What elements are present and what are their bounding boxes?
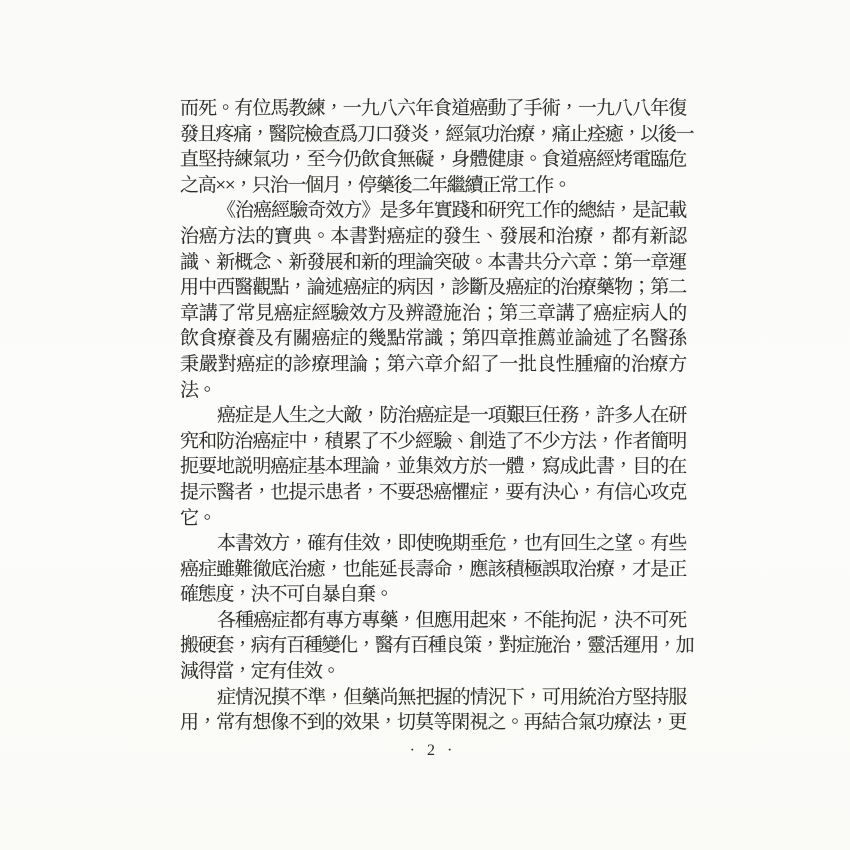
paragraph: 各種癌症都有專方專藥，但應用起來，不能拘泥，決不可死搬硬套，病有百種變化，醫有百…: [180, 608, 686, 685]
text-line: 搬硬套，病有百種變化，醫有百種良策，對症施治，靈活運用，加: [180, 633, 686, 659]
text-line: 扼要地説明癌症基本理論，並集效方於一體，寫成此書，目的在: [180, 454, 686, 480]
page-number: · 2 ·: [180, 742, 686, 760]
page-text: 而死。有位馬教練，一九八六年食道癌動了手術，一九八八年復發且疼痛，醫院檢查爲刀口…: [180, 96, 686, 736]
paragraph: 症情況摸不準，但藥尚無把握的情況下，可用統治方堅持服用，常有想像不到的效果，切莫…: [180, 685, 686, 736]
text-line: 發且疼痛，醫院檢查爲刀口發炎，經氣功治療，痛止痊癒，以後一: [180, 122, 686, 148]
text-line: 秉嚴對癌症的診療理論；第六章介紹了一批良性腫瘤的治療方: [180, 352, 686, 378]
text-line: 《治癌經驗奇效方》是多年實踐和研究工作的總結，是記載: [180, 198, 686, 224]
text-line: 它。: [180, 506, 686, 532]
text-line: 法。: [180, 378, 686, 404]
text-line: 識、新概念、新發展和新的理論突破。本書共分六章：第一章運: [180, 250, 686, 276]
paragraph: 《治癌經驗奇效方》是多年實踐和研究工作的總結，是記載治癌方法的寶典。本書對癌症的…: [180, 198, 686, 403]
text-line: 究和防治癌症中，積累了不少經驗、創造了不少方法，作者簡明: [180, 429, 686, 455]
text-line: 癌症雖難徹底治癒，也能延長壽命，應該積極誤取治療，才是正: [180, 557, 686, 583]
text-line: 各種癌症都有專方專藥，但應用起來，不能拘泥，決不可死: [180, 608, 686, 634]
text-line: 症情況摸不準，但藥尚無把握的情況下，可用統治方堅持服: [180, 685, 686, 711]
text-line: 確態度，決不可自暴自棄。: [180, 582, 686, 608]
text-line: 減得當，定有佳效。: [180, 659, 686, 685]
text-line: 癌症是人生之大敵，防治癌症是一項艱巨任務，許多人在研: [180, 403, 686, 429]
paragraph: 本書效方，確有佳效，即使晚期垂危，也有回生之望。有些癌症雖難徹底治癒，也能延長壽…: [180, 531, 686, 608]
text-line: 直堅持練氣功，至今仍飲食無礙，身體健康。食道癌經烤電臨危: [180, 147, 686, 173]
text-line: 用，常有想像不到的效果，切莫等閑視之。再結合氣功療法，更: [180, 710, 686, 736]
text-line: 治癌方法的寶典。本書對癌症的發生、發展和治療，都有新認: [180, 224, 686, 250]
paragraph: 而死。有位馬教練，一九八六年食道癌動了手術，一九八八年復發且疼痛，醫院檢查爲刀口…: [180, 96, 686, 198]
text-line: 之高××，只治一個月，停藥後二年繼續正常工作。: [180, 173, 686, 199]
scanned-page: 而死。有位馬教練，一九八六年食道癌動了手術，一九八八年復發且疼痛，醫院檢查爲刀口…: [0, 0, 850, 850]
text-line: 用中西醫觀點，論述癌症的病因，診斷及癌症的治療藥物；第二: [180, 275, 686, 301]
text-line: 提示醫者，也提示患者，不要恐癌懼症，要有決心，有信心攻克: [180, 480, 686, 506]
text-line: 飲食療養及有關癌症的幾點常識；第四章推薦並論述了名醫孫: [180, 326, 686, 352]
text-line: 而死。有位馬教練，一九八六年食道癌動了手術，一九八八年復: [180, 96, 686, 122]
text-line: 本書效方，確有佳效，即使晚期垂危，也有回生之望。有些: [180, 531, 686, 557]
paragraph: 癌症是人生之大敵，防治癌症是一項艱巨任務，許多人在研究和防治癌症中，積累了不少經…: [180, 403, 686, 531]
text-line: 章講了常見癌症經驗效方及辨證施治；第三章講了癌症病人的: [180, 301, 686, 327]
